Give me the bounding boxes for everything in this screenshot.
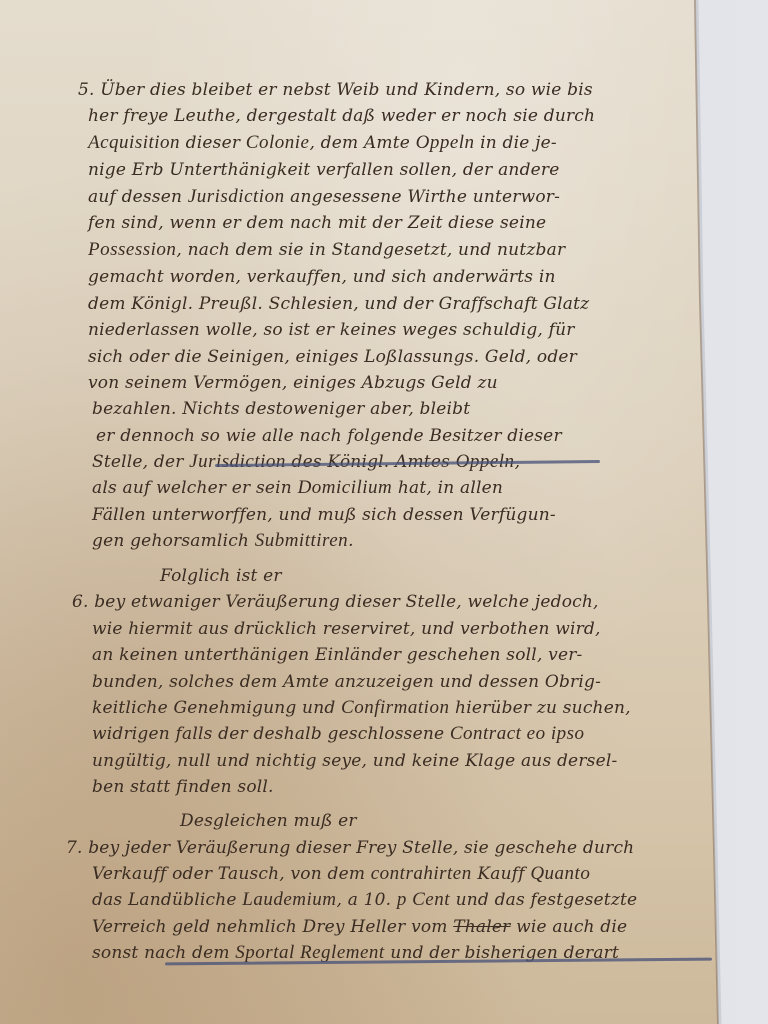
text-run: auf dessen <box>88 187 188 207</box>
latin-term: Acquisition <box>88 132 180 153</box>
text-run: wie hiermit aus drücklich reserviret, un… <box>92 619 601 639</box>
manuscript-line: Folglich ist er <box>160 566 282 586</box>
manuscript-line: das Landübliche Laudemium, a 10. p Cent … <box>92 890 637 910</box>
text-run: , nach dem sie in Standgesetzt, und nutz… <box>176 240 565 260</box>
latin-term: Possession <box>88 239 176 260</box>
latin-term: Contract eo ipso <box>450 723 585 744</box>
manuscript-line: er dennoch so wie alle nach folgende Bes… <box>96 426 562 446</box>
text-run: her freye Leuthe, dergestalt daß weder e… <box>88 106 595 126</box>
text-run: bezahlen. Nichts destoweniger aber, blei… <box>92 399 470 419</box>
text-run: widrigen falls der deshalb geschlossene <box>92 724 450 744</box>
manuscript-line: wie hiermit aus drücklich reserviret, un… <box>92 619 601 639</box>
latin-term: Domicilium <box>298 477 393 498</box>
manuscript-line: Acquisition dieser Colonie, dem Amte Opp… <box>88 133 557 153</box>
text-run: hat, in allen <box>392 478 503 498</box>
manuscript-line: gemacht worden, verkauffen, und sich and… <box>88 267 556 287</box>
struck-word: Thaler <box>453 917 510 937</box>
manuscript-line: nige Erb Unterthänigkeit verfallen solle… <box>88 160 560 180</box>
manuscript-line: 5. Über dies bleibet er nebst Weib und K… <box>78 80 593 100</box>
manuscript-line: fen sind, wenn er dem nach mit der Zeit … <box>88 213 546 233</box>
text-run: ungültig, null und nichtig seye, und kei… <box>92 751 617 771</box>
latin-term: Jurisdiction <box>188 186 285 207</box>
text-run: er dennoch so wie alle nach folgende Bes… <box>96 426 562 446</box>
text-run: 7. bey jeder Veräußerung dieser Frey Ste… <box>66 838 634 858</box>
text-run: fen sind, wenn er dem nach mit der Zeit … <box>88 213 546 233</box>
text-run: von seinem Vermögen, einiges Abzugs Geld… <box>88 373 498 393</box>
manuscript-line: dem Königl. Preußl. Schlesien, und der G… <box>88 294 589 314</box>
text-run: dem Königl. Preußl. Schlesien, und der G… <box>88 294 589 314</box>
latin-term: Oppeln <box>416 132 475 153</box>
manuscript-line: widrigen falls der deshalb geschlossene … <box>92 724 585 744</box>
text-run: bunden, solches dem Amte anzuzeigen und … <box>92 672 601 692</box>
latin-term: contrahirten <box>371 863 472 884</box>
manuscript-line: Verkauff oder Tausch, von dem contrahirt… <box>92 864 590 884</box>
manuscript-line: sich oder die Seinigen, einiges Loßlassu… <box>88 347 577 367</box>
manuscript-line: Verreich geld nehmlich Drey Heller vom T… <box>92 917 627 937</box>
text-run: 5. Über dies bleibet er nebst Weib und K… <box>78 80 593 100</box>
text-run: . <box>348 531 354 551</box>
text-run: Folglich ist er <box>160 566 282 586</box>
manuscript-line: von seinem Vermögen, einiges Abzugs Geld… <box>88 373 498 393</box>
text-run: das Landübliche <box>92 890 242 910</box>
text-run: an keinen unterthänigen Einländer gesche… <box>92 645 583 665</box>
text-run: und das festgesetzte <box>450 890 637 910</box>
photo-background: 5. Über dies bleibet er nebst Weib und K… <box>0 0 768 1024</box>
text-run: gemacht worden, verkauffen, und sich and… <box>88 267 556 287</box>
manuscript-line: her freye Leuthe, dergestalt daß weder e… <box>88 106 595 126</box>
manuscript-line: auf dessen Jurisdiction angesessene Wirt… <box>88 187 560 207</box>
text-run: , a 10. <box>336 890 396 910</box>
text-run: Verkauff oder Tausch, von dem <box>92 864 371 884</box>
manuscript-page: 5. Über dies bleibet er nebst Weib und K… <box>0 0 768 1024</box>
text-run: dieser <box>180 133 246 153</box>
latin-term: Colonie <box>246 132 310 153</box>
text-run: nige Erb Unterthänigkeit verfallen solle… <box>88 160 560 180</box>
latin-term: p Cent <box>397 889 450 910</box>
text-run: keitliche Genehmigung und <box>92 698 341 718</box>
manuscript-line: ben statt finden soll. <box>92 777 274 797</box>
manuscript-line: Possession, nach dem sie in Standgesetzt… <box>88 240 565 260</box>
latin-term: Jurisdiction <box>189 451 286 472</box>
text-run: angesessene Wirthe unterwor- <box>285 187 561 207</box>
text-run: Stelle, der <box>92 452 189 472</box>
latin-term: Confirmation <box>341 697 449 718</box>
manuscript-line: 7. bey jeder Veräußerung dieser Frey Ste… <box>66 838 634 858</box>
text-run: 6. bey etwaniger Veräußerung dieser Stel… <box>72 592 599 612</box>
manuscript-line: an keinen unterthänigen Einländer gesche… <box>92 645 583 665</box>
manuscript-line: Fällen unterworffen, und muß sich dessen… <box>92 505 556 525</box>
text-run: in die je- <box>475 133 557 153</box>
latin-term: Laudemium <box>242 889 336 910</box>
manuscript-line: niederlassen wolle, so ist er keines weg… <box>88 320 575 340</box>
manuscript-line: als auf welcher er sein Domicilium hat, … <box>92 478 503 498</box>
text-run: gen gehorsamlich <box>92 531 255 551</box>
text-run: Kauff <box>472 864 531 884</box>
manuscript-line: 6. bey etwaniger Veräußerung dieser Stel… <box>72 592 599 612</box>
text-run: Verreich geld nehmlich Drey Heller vom T… <box>92 917 627 937</box>
text-run: sonst nach dem <box>92 943 235 963</box>
text-run: ben statt finden soll. <box>92 777 274 797</box>
text-run: , dem Amte <box>309 133 415 153</box>
manuscript-line: bezahlen. Nichts destoweniger aber, blei… <box>92 399 470 419</box>
text-run: sich oder die Seinigen, einiges Loßlassu… <box>88 347 577 367</box>
latin-term: Submittiren <box>255 530 348 551</box>
manuscript-line: keitliche Genehmigung und Confirmation h… <box>92 698 631 718</box>
text-run: hierüber zu suchen, <box>449 698 630 718</box>
text-run: als auf welcher er sein <box>92 478 298 498</box>
manuscript-line: bunden, solches dem Amte anzuzeigen und … <box>92 672 601 692</box>
text-run: Desgleichen muß er <box>180 811 357 831</box>
latin-term: Quanto <box>530 863 590 884</box>
text-run: niederlassen wolle, so ist er keines weg… <box>88 320 575 340</box>
text-run: Fällen unterworffen, und muß sich dessen… <box>92 505 556 525</box>
manuscript-line: ungültig, null und nichtig seye, und kei… <box>92 751 617 771</box>
manuscript-line: gen gehorsamlich Submittiren. <box>92 531 354 551</box>
manuscript-line: Desgleichen muß er <box>180 811 357 831</box>
